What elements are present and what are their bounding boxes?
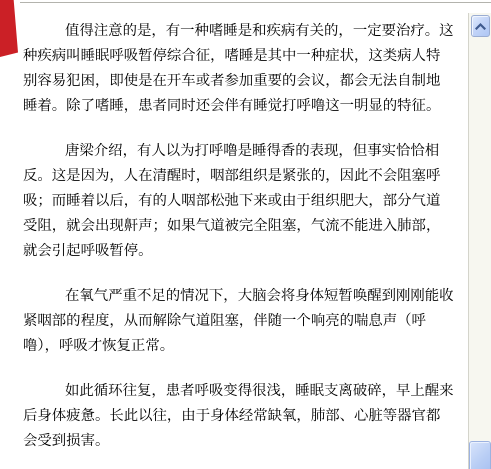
document-page: 值得注意的是，有一种嗜睡是和疾病有关的，一定要治疗。这 种疾病叫睡眠呼吸暂停综合… <box>0 0 491 469</box>
paragraph: 唐梁介绍，有人以为打呼噜是睡得香的表现，但事实恰恰相 反。这是因为，人在清醒时，… <box>23 139 463 264</box>
scroll-up-button[interactable] <box>471 15 490 37</box>
vertical-scrollbar[interactable] <box>468 13 491 469</box>
scrollbar-thumb[interactable] <box>469 441 491 469</box>
paragraph: 如此循环往复，患者呼吸变得很浅，睡眠支离破碎，早上醒来 后身体疲惫。长此以往，由… <box>23 379 463 454</box>
top-divider <box>20 2 491 3</box>
article-body: 值得注意的是，有一种嗜睡是和疾病有关的，一定要治疗。这 种疾病叫睡眠呼吸暂停综合… <box>23 19 463 469</box>
red-corner-flag <box>0 0 18 57</box>
paragraph: 值得注意的是，有一种嗜睡是和疾病有关的，一定要治疗。这 种疾病叫睡眠呼吸暂停综合… <box>23 19 463 119</box>
paragraph: 在氧气严重不足的情况下，大脑会将身体短暂唤醒到刚刚能收 紧咽部的程度，从而解除气… <box>23 284 463 359</box>
chevron-up-icon <box>475 22 486 30</box>
